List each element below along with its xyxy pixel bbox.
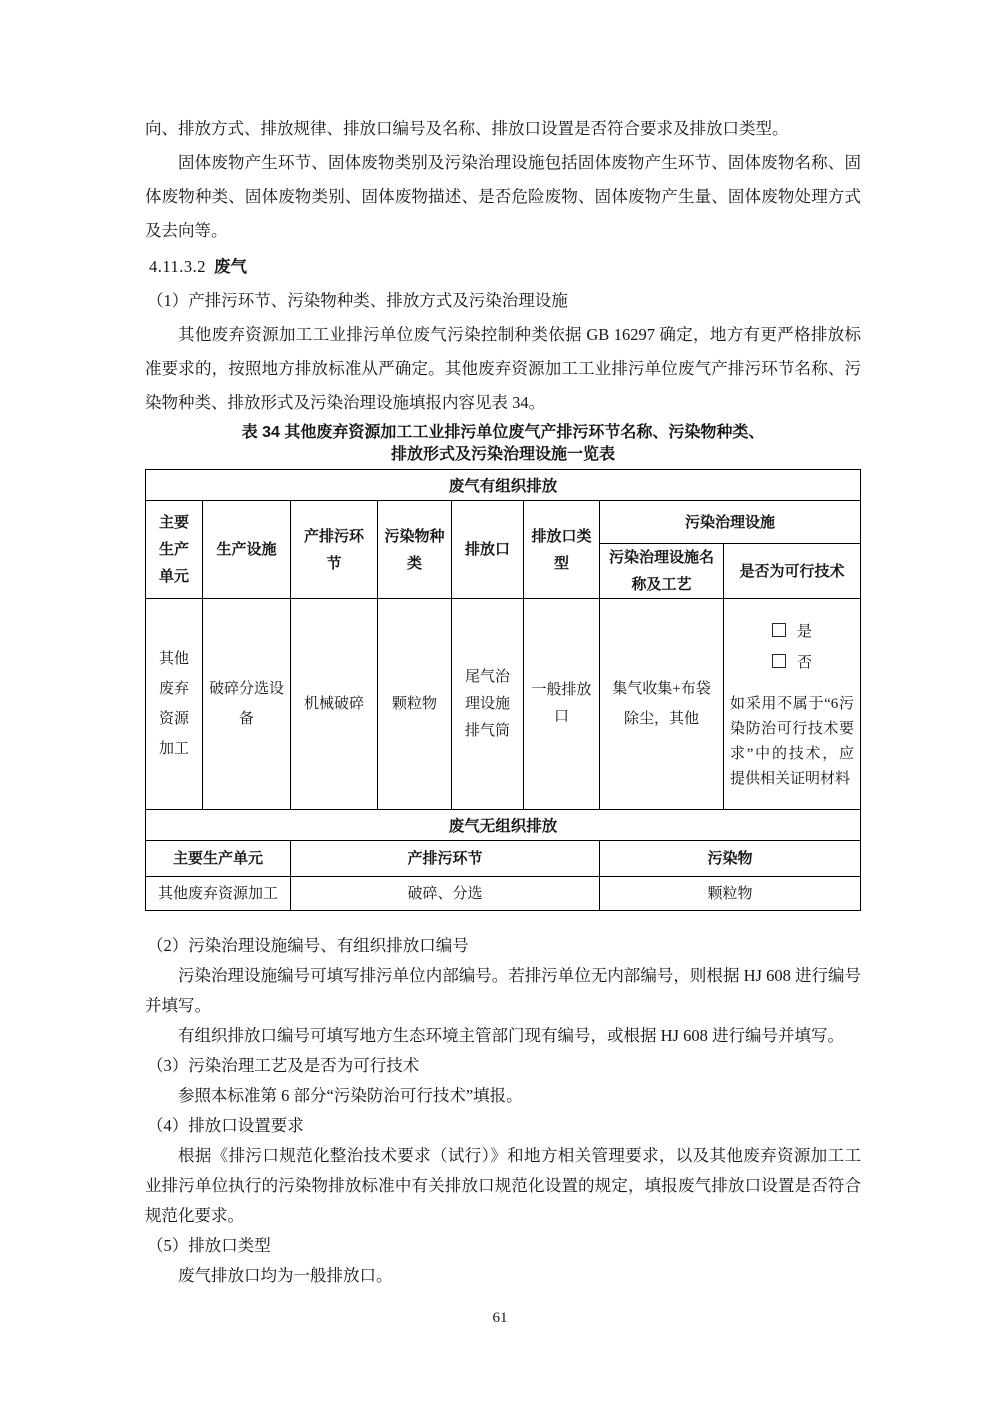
cell-stage: 机械破碎: [291, 599, 378, 810]
post-table-text: （2）污染治理设施编号、有组织排放口编号 污染治理设施编号可填写排污单位内部编号…: [145, 931, 861, 1291]
page-number: 61: [0, 1310, 1000, 1327]
paragraph-feasible-tech-ref: 参照本标准第 6 部分“污染防治可行技术”填报。: [145, 1081, 861, 1111]
cell-outlet: 尾气治理设施排气筒: [452, 599, 524, 810]
yes-checkbox[interactable]: [772, 623, 786, 637]
unorg-header-main-unit: 主要生产单元: [146, 841, 291, 877]
paragraph-gas-control: 其他废弃资源加工工业排污单位废气污染控制种类依据 GB 16297 确定，地方有…: [145, 318, 861, 420]
paragraph-facility-number: 污染治理设施编号可填写排污单位内部编号。若排污单位无内部编号，则根据 HJ 60…: [145, 961, 861, 1021]
paragraph-solid-waste: 固体废物产生环节、固体废物类别及污染治理设施包括固体废物产生环节、固体废物名称、…: [145, 146, 861, 248]
table-34: 废气有组织排放 主要生产单元 生产设施 产排污环节 污染物种类 排放口 排放口类…: [145, 469, 861, 911]
section-title: 废气: [214, 258, 247, 276]
header-outlet-type: 排放口类型: [524, 501, 600, 599]
header-pollutant-type: 污染物种类: [378, 501, 452, 599]
organized-emission-band: 废气有组织排放: [146, 470, 861, 501]
cell-feasible-tech: 是 否 如采用不属于“6污染防治可行技术要求”中的技术，应提供相关证明材料: [724, 599, 861, 810]
table-caption-line1: 表 34 其他废弃资源加工工业排污单位废气产排污环节名称、污染物种类、: [145, 422, 861, 444]
header-facility: 生产设施: [203, 501, 291, 599]
unorg-header-stage: 产排污环节: [291, 841, 600, 877]
document-page: 向、排放方式、排放规律、排放口编号及名称、排放口设置是否符合要求及排放口类型。 …: [0, 0, 1000, 1414]
yes-label: 是: [797, 624, 812, 640]
list-item-3: （3）污染治理工艺及是否为可行技术: [145, 1051, 861, 1081]
header-treatment-name-process: 污染治理设施名称及工艺: [600, 544, 724, 599]
list-item-5: （5）排放口类型: [145, 1231, 861, 1261]
feasible-note: 如采用不属于“6污染防治可行技术要求”中的技术，应提供相关证明材料: [730, 692, 854, 792]
no-checkbox[interactable]: [772, 654, 786, 668]
header-stage: 产排污环节: [291, 501, 378, 599]
paragraph-continuation: 向、排放方式、排放规律、排放口编号及名称、排放口设置是否符合要求及排放口类型。: [145, 112, 861, 146]
cell-treatment: 集气收集+布袋除尘，其他: [600, 599, 724, 810]
header-outlet: 排放口: [452, 501, 524, 599]
unorg-cell-stage: 破碎、分选: [291, 877, 600, 911]
paragraph-outlet-number: 有组织排放口编号可填写地方生态环境主管部门现有编号，或根据 HJ 608 进行编…: [145, 1021, 861, 1051]
cell-main-unit: 其他废弃资源加工: [146, 599, 203, 810]
unorg-header-pollutant: 污染物: [600, 841, 861, 877]
table-caption-line2: 排放形式及污染治理设施一览表: [145, 444, 861, 466]
unorg-cell-pollutant: 颗粒物: [600, 877, 861, 911]
list-item-2: （2）污染治理设施编号、有组织排放口编号: [145, 931, 861, 961]
section-number: 4.11.3.2: [149, 257, 206, 276]
cell-outlet-type: 一般排放口: [524, 599, 600, 810]
list-item-1: （1）产排污环节、污染物种类、排放方式及污染治理设施: [145, 284, 861, 318]
header-main-unit: 主要生产单元: [146, 501, 203, 599]
cell-pollutant: 颗粒物: [378, 599, 452, 810]
cell-facility: 破碎分选设备: [203, 599, 291, 810]
page-content: 向、排放方式、排放规律、排放口编号及名称、排放口设置是否符合要求及排放口类型。 …: [145, 112, 861, 1291]
header-feasible-tech: 是否为可行技术: [724, 544, 861, 599]
paragraph-outlet-requirements: 根据《排污口规范化整治技术要求（试行）》和地方相关管理要求，以及其他废弃资源加工…: [145, 1141, 861, 1231]
feasible-no-option[interactable]: 否: [730, 648, 854, 679]
no-label: 否: [797, 655, 812, 671]
paragraph-outlet-type: 废气排放口均为一般排放口。: [145, 1261, 861, 1291]
unorg-cell-main-unit: 其他废弃资源加工: [146, 877, 291, 911]
table-caption: 表 34 其他废弃资源加工工业排污单位废气产排污环节名称、污染物种类、 排放形式…: [145, 422, 861, 466]
unorganized-emission-band: 废气无组织排放: [146, 810, 861, 841]
header-treatment-facility: 污染治理设施: [600, 501, 861, 544]
section-heading: 4.11.3.2废气: [149, 250, 861, 284]
feasible-yes-option[interactable]: 是: [730, 617, 854, 648]
list-item-4: （4）排放口设置要求: [145, 1111, 861, 1141]
